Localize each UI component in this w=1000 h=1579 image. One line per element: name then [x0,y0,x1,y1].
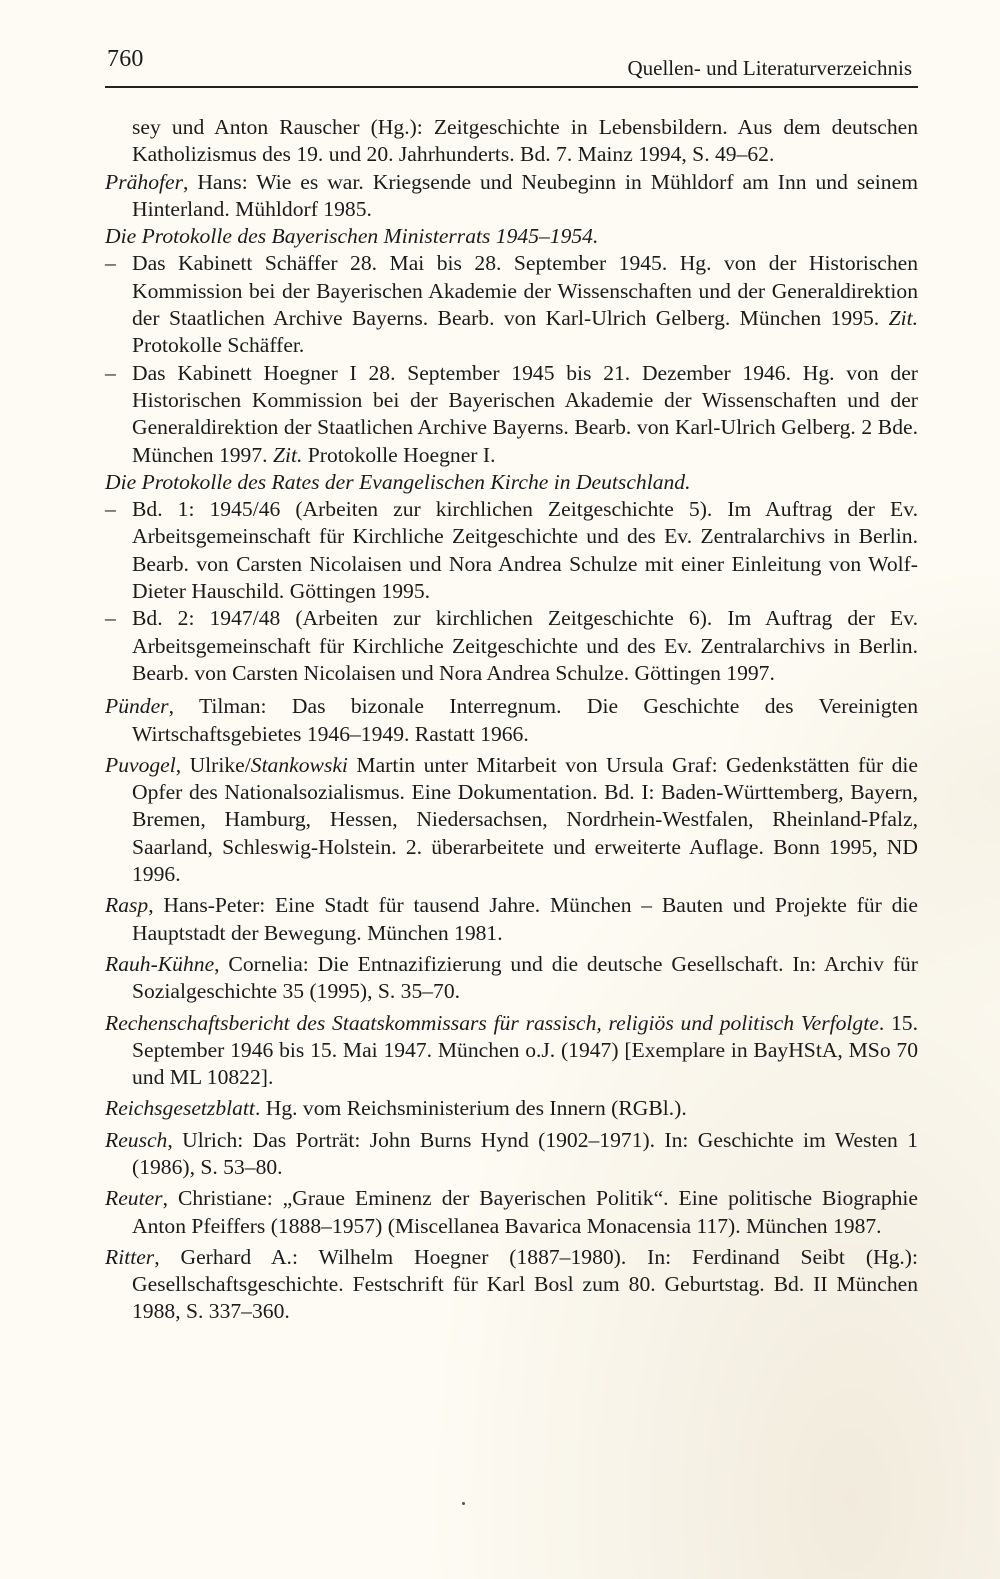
entry-author: Reusch [105,1128,167,1152]
entry-text: Bd. 1: 1945/46 (Arbeiten zur kirchlichen… [132,497,918,603]
bibliography-list: sey und Anton Rauscher (Hg.): Zeitgeschi… [105,114,918,1326]
bibliography-entry-praehofer: Prähofer, Hans: Wie es war. Kriegsende u… [105,169,918,224]
entry-title: Reichsgesetzblatt [105,1096,255,1120]
bibliography-entry-protokolle-ministerrat: Die Protokolle des Bayerischen Ministerr… [105,223,918,250]
entry-text: , Hans-Peter: Eine Stadt für tausend Jah… [132,893,918,944]
entry-author: Prähofer [105,170,183,194]
bibliography-entry-rauh-kuehne: Rauh-Kühne, Cornelia: Die Entnazifizieru… [105,951,918,1006]
entry-text: Bd. 2: 1947/48 (Arbeiten zur kirchlichen… [132,606,918,685]
entry-text: , Tilman: Das bizonale Interregnum. Die … [132,694,918,745]
bibliography-entry-puvogel: Puvogel, Ulrike/Stankowski Martin unter … [105,752,918,888]
entry-text: , Gerhard A.: Wilhelm Hoegner (1887–1980… [132,1245,918,1324]
zit-label: Zit. [273,443,302,467]
entry-author: Puvogel [105,753,176,777]
book-page: 760 Quellen- und Literaturverzeichnis se… [105,40,918,1326]
entry-text: Das Kabinett Hoegner I 28. September 194… [132,361,918,467]
dash-bullet: – [105,360,132,387]
dash-bullet: – [105,496,132,523]
entry-author: Rasp [105,893,148,917]
entry-text: . Hg. vom Reichsministerium des Innern (… [255,1096,687,1120]
bibliography-entry-puender: Pünder, Tilman: Das bizonale Interregnum… [105,693,918,748]
bibliography-entry-ritter: Ritter, Gerhard A.: Wilhelm Hoegner (188… [105,1244,918,1326]
entry-coauthor: Stankowski [251,753,348,777]
entry-text: , Cornelia: Die Entnazifizierung und die… [132,952,918,1003]
entry-text: , Hans: Wie es war. Kriegsende und Neube… [132,170,918,221]
entry-text: sey und Anton Rauscher (Hg.): Zeitgeschi… [132,115,918,166]
entry-title: Die Protokolle des Bayerischen Ministerr… [105,224,598,248]
bibliography-subentry: –Bd. 1: 1945/46 (Arbeiten zur kirchliche… [105,496,918,605]
dash-bullet: – [105,605,132,632]
entry-title: Rechenschaftsbericht des Staatskommissar… [105,1011,879,1035]
bibliography-entry-continued: sey und Anton Rauscher (Hg.): Zeitgeschi… [105,114,918,169]
entry-text: , Christiane: „Graue Eminenz der Bayeris… [132,1186,918,1237]
entry-author: Pünder [105,694,169,718]
entry-author: Reuter [105,1186,163,1210]
section-title: Quellen- und Literaturverzeichnis [627,56,912,81]
entry-author: Rauh-Kühne [105,952,214,976]
bibliography-subentry: –Das Kabinett Schäffer 28. Mai bis 28. S… [105,250,918,359]
dash-bullet: – [105,250,132,277]
bibliography-entry-rasp: Rasp, Hans-Peter: Eine Stadt für tausend… [105,892,918,947]
bibliography-subentry: –Bd. 2: 1947/48 (Arbeiten zur kirchliche… [105,605,918,687]
zit-label: Zit. [889,306,918,330]
entry-text: Protokolle Schäffer. [132,333,304,357]
entry-author: Ritter [105,1245,154,1269]
bibliography-entry-rechenschaftsbericht: Rechenschaftsbericht des Staatskommissar… [105,1010,918,1092]
running-header: 760 Quellen- und Literaturverzeichnis [105,40,918,88]
bibliography-entry-reusch: Reusch, Ulrich: Das Porträt: John Burns … [105,1127,918,1182]
entry-text: Das Kabinett Schäffer 28. Mai bis 28. Se… [132,251,918,330]
paper-speck [462,1502,465,1505]
entry-text: , Ulrich: Das Porträt: John Burns Hynd (… [132,1128,918,1179]
bibliography-entry-protokolle-ekd: Die Protokolle des Rates der Evangelisch… [105,469,918,496]
page-number: 760 [107,46,144,73]
bibliography-entry-reuter: Reuter, Christiane: „Graue Eminenz der B… [105,1185,918,1240]
entry-title: Die Protokolle des Rates der Evangelisch… [105,470,691,494]
entry-text: Protokolle Hoegner I. [302,443,495,467]
entry-text: , Ulrike/ [176,753,251,777]
bibliography-entry-reichsgesetzblatt: Reichsgesetzblatt. Hg. vom Reichsministe… [105,1095,918,1122]
bibliography-subentry: –Das Kabinett Hoegner I 28. September 19… [105,360,918,469]
